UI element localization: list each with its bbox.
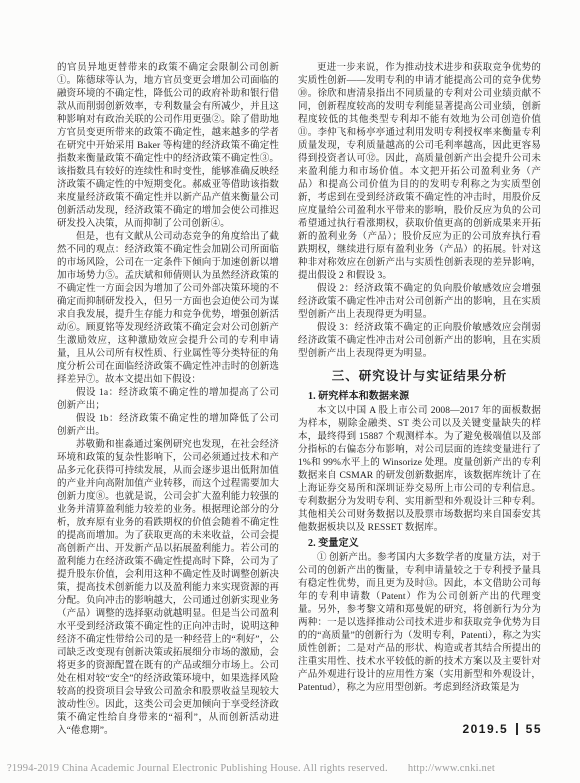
paragraph: ① 创新产出。参考国内大多数学者的度量方法，对于公司的创新产出的衡量，专利申请量… <box>298 552 541 695</box>
hypothesis: 假设 3：经济政策不确定的正向股价敏感效应会削弱经济政策不确定性冲击对公司创新产… <box>298 322 541 361</box>
page-number: 2019.5 55 <box>462 722 542 736</box>
page-number-divider <box>516 723 518 735</box>
journal-page: 的官员异地更替带来的政策不确定会限制公司创新①。陈德球等认为，地方官员变更会增加… <box>0 0 580 783</box>
subsection-heading: 2. 变量定义 <box>298 537 541 550</box>
hypothesis: 假设 2：经济政策不确定的负向股价敏感效应会增强经济政策不确定性冲击对公司创新产… <box>298 283 541 322</box>
paragraph: 本文以中国 A 股上市公司 2008—2017 年的面板数据为样本，剔除金融类、… <box>298 405 541 535</box>
copyright-footer: ?1994-2019 China Academic Journal Electr… <box>7 763 573 774</box>
cnki-url: http://www.cnki.net <box>408 763 495 774</box>
page-number-value: 55 <box>526 722 542 736</box>
left-column: 的官员异地更替带来的政策不确定会限制公司创新①。陈德球等认为，地方官员变更会增加… <box>57 62 279 738</box>
paragraph: 更进一步来说，作为推动技术进步和获取竞争优势的实质性创新——发明专利的申请才能提… <box>298 62 541 283</box>
section-heading: 三、研究设计与实证结果分析 <box>298 370 541 383</box>
right-column: 更进一步来说，作为推动技术进步和获取竞争优势的实质性创新——发明专利的申请才能提… <box>298 62 541 695</box>
hypothesis: 假设 1b：经济政策不确定性的增加降低了公司创新产出。 <box>57 413 279 439</box>
issue-label: 2019.5 <box>462 722 508 736</box>
paragraph: 但是，也有文献从公司动态竞争的角度给出了截然不同的观点：经济政策不确定性会加剧公… <box>57 231 279 387</box>
paragraph: 苏敬勤和崔淼通过案例研究也发现，在社会经济环境和政策的复杂性影响下，公司必须通过… <box>57 439 279 738</box>
copyright-text: ?1994-2019 China Academic Journal Electr… <box>7 763 388 774</box>
paragraph: 的官员异地更替带来的政策不确定会限制公司创新①。陈德球等认为，地方官员变更会增加… <box>57 62 279 231</box>
subsection-heading: 1. 研究样本和数据来源 <box>298 390 541 403</box>
hypothesis: 假设 1a：经济政策不确定性的增加提高了公司创新产出； <box>57 387 279 413</box>
